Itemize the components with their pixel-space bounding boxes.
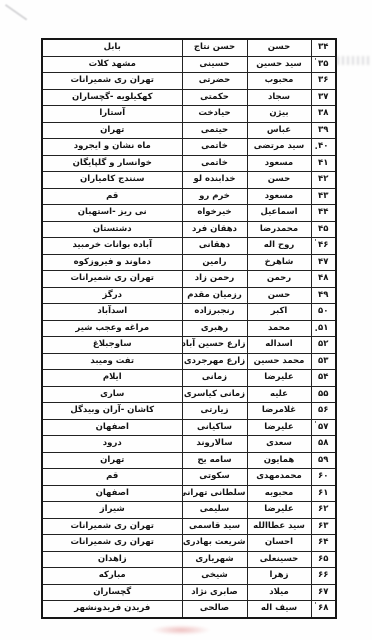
cell-text: ساری [100, 389, 124, 399]
cell-text: حسن [268, 174, 290, 184]
cell-constituency: تهران ری شمیرانات [42, 73, 182, 90]
cell-text: زارع حسین آبادی [182, 339, 246, 349]
table-row: ۵۰اکبررنجبرزادهاسدآباد [42, 304, 336, 321]
cell-text: درود [103, 438, 122, 448]
cell-text: زمانی [202, 372, 227, 382]
cell-constituency: تهران ری شمیرانات [42, 518, 182, 535]
cell-constituency: اصفهان [42, 419, 182, 436]
cell-text: رنجبرزاده [194, 306, 234, 316]
roster-table-body: ۳۴حسنحسن نتاجبابل'۳۵سید حسینحسینیمشهد کل… [42, 39, 336, 618]
cell-first-name: روح اله [247, 238, 311, 255]
cell-text: نی ریز -استهبان [78, 207, 147, 217]
cell-last-name: دهقانی [182, 238, 247, 255]
cell-text: عباس [267, 125, 291, 135]
cell-text: قم [106, 191, 118, 201]
cell-text: ۶۷ [318, 587, 328, 597]
cell-text: اصفهان [96, 488, 129, 498]
cell-last-name: شیخی [182, 568, 247, 585]
cell-text: ۵۷ [318, 422, 328, 432]
cell-text: حسینعلی [260, 554, 299, 564]
cell-text: سالاروند [196, 438, 232, 448]
cell-last-name: رزمیان مقدم [182, 287, 247, 304]
cell-text: ۳۷ [318, 92, 328, 102]
cell-text: ایلام [103, 372, 122, 382]
cell-text: همایون [264, 455, 295, 465]
cell-first-name: علیرضا [247, 370, 311, 387]
cell-first-name: حسن [247, 172, 311, 189]
table-row: ۵۳محمد حسینزارع مهرجردیتفت ومیبد [42, 353, 336, 370]
table-row: ۵۲اسدالهزارع حسین آبادیساوجبلاغ [42, 337, 336, 354]
cell-text: رحمن [267, 273, 291, 283]
cell-text: ساوجبلاغ [93, 339, 132, 349]
cell-first-name: حسن [247, 287, 311, 304]
cell-text: ۳۸ [318, 108, 328, 118]
cell-text: زیارتی [201, 405, 229, 415]
cell-number: ۶۶ [311, 568, 336, 585]
cell-text: ۴۳ [318, 191, 328, 201]
table-row: ۶۲علیرضاسلیمیشیراز [42, 502, 336, 519]
table-row: '۴۶روح الهدهقانیآباده بوانات خرمبید [42, 238, 336, 255]
cell-last-name: حسن نتاج [182, 39, 247, 56]
cell-constituency: درود [42, 436, 182, 453]
cell-text: اسدآباد [97, 306, 127, 316]
table-row: ۴۸رحمنرحمن زادتهران ری شمیرانات [42, 271, 336, 288]
cell-constituency: ساری [42, 386, 182, 403]
table-row: ۶۰محمدمهدیسکوتیقم [42, 469, 336, 486]
cell-first-name: محمد [247, 320, 311, 337]
cell-text: ۴۹ [318, 290, 328, 300]
cell-text: حسن نتاج [194, 42, 235, 52]
table-row: ۵۵علیهزمانی کیاسریساری [42, 386, 336, 403]
cell-text: ۶۵ [318, 554, 328, 564]
cell-text: ۵۲ [318, 339, 328, 349]
cell-text: مسعود [265, 191, 293, 201]
cell-text: غلامرضا [262, 405, 296, 415]
table-row: ۳۴حسنحسن نتاجبابل [42, 39, 336, 56]
cell-constituency: تهران [42, 452, 182, 469]
cell-first-name: اکبر [247, 304, 311, 321]
cell-text: درگز [103, 290, 123, 300]
cell-text: شیراز [100, 504, 125, 514]
cell-text: مشهد کلات [89, 59, 136, 69]
cell-first-name: عباس [247, 122, 311, 139]
cell-text: تفت ومیبد [90, 356, 134, 366]
cell-text: حسن [268, 42, 290, 52]
cell-text: ۶۴ [318, 537, 328, 547]
cell-number: ۶۲ [311, 502, 336, 519]
cell-text: سید عطاالله [253, 521, 305, 531]
scan-artifact-mark: . [315, 325, 318, 334]
cell-text: زارع مهرجردی [184, 356, 245, 366]
cell-first-name: سید حسین [247, 56, 311, 73]
cell-constituency: شیراز [42, 502, 182, 519]
cell-number: ۴۲ [311, 172, 336, 189]
cell-text: سلطانی تهرانی [182, 488, 246, 498]
cell-last-name: سید قاسمی [182, 518, 247, 535]
cell-text: دشتستان [93, 224, 132, 234]
cell-text: خوانسار و گلپایگان [73, 158, 152, 168]
table-row: ۵۴علیرضازمانیایلام [42, 370, 336, 387]
scan-smudge-gray [337, 56, 370, 65]
cell-constituency: آستارا [42, 106, 182, 123]
cell-text: روح اله [264, 240, 295, 250]
cell-number: ۶۱ [311, 485, 336, 502]
cell-text: آستارا [99, 108, 125, 118]
scan-page: ۳۴حسنحسن نتاجبابل'۳۵سید حسینحسینیمشهد کل… [0, 0, 372, 640]
cell-last-name: شریعت بهادری [182, 535, 247, 552]
cell-number: ۳۴ [311, 39, 336, 56]
cell-text: ۴۴ [318, 207, 328, 217]
cell-text: ۳۵ [318, 59, 328, 69]
table-row: ۵۹همایونسامه یحتهران [42, 452, 336, 469]
cell-number: '۶۸ [311, 601, 336, 618]
cell-first-name: محمدرضا [247, 221, 311, 238]
cell-constituency: اسدآباد [42, 304, 182, 321]
cell-number: ۵۳ [311, 353, 336, 370]
cell-last-name: رنجبرزاده [182, 304, 247, 321]
cell-constituency: اصفهان [42, 485, 182, 502]
cell-text: فریدن فریدونشهر [74, 603, 150, 613]
cell-last-name: شهریاری [182, 551, 247, 568]
table-row: '۳۵سید حسینحسینیمشهد کلات [42, 56, 336, 73]
table-row: .۴۰سید مرتضیخاتمیماه نشان و ایجرود [42, 139, 336, 156]
cell-constituency: تهران ری شمیرانات [42, 271, 182, 288]
table-row: '۵۷علیرضاساکیانیاصفهان [42, 419, 336, 436]
cell-last-name: دهقان فرد [182, 221, 247, 238]
cell-first-name: سید مرتضی [247, 139, 311, 156]
cell-text: سنندج کامیاران [80, 174, 144, 184]
cell-constituency: دماوند و فیروزکوه [42, 254, 182, 271]
cell-text: حسینی [199, 59, 229, 69]
cell-text: سید مرتضی [254, 141, 304, 151]
cell-text: ۶۲ [318, 504, 328, 514]
cell-text: کهکیلویه -گچساران [72, 92, 153, 102]
table-row: ۶۷میلادصابری نژادگچساران [42, 584, 336, 601]
cell-last-name: رهبری [182, 320, 247, 337]
table-row: ۴۵محمدرضادهقان فرددشتستان [42, 221, 336, 238]
table-row: ۳۹عباسحیتمیتهران [42, 122, 336, 139]
cell-last-name: خرم رو [182, 188, 247, 205]
cell-text: گچساران [93, 587, 131, 597]
table-row: ۴۴اسماعیلخیرخواهنی ریز -استهبان [42, 205, 336, 222]
cell-constituency: سنندج کامیاران [42, 172, 182, 189]
cell-number: '۵۷ [311, 419, 336, 436]
cell-constituency: دشتستان [42, 221, 182, 238]
cell-constituency: مراغه وعجب شیر [42, 320, 182, 337]
cell-text: ۶۳ [318, 521, 328, 531]
cell-number: ۵۶ [311, 403, 336, 420]
cell-text: دهقان فرد [192, 224, 237, 234]
cell-number: ۴۷ [311, 254, 336, 271]
cell-number: ۴۴ [311, 205, 336, 222]
cell-last-name: سلطانی تهرانی [182, 485, 247, 502]
cell-last-name: خدابنده لو [182, 172, 247, 189]
cell-number: ۵۵ [311, 386, 336, 403]
cell-text: سلیمی [200, 504, 230, 514]
cell-constituency: ساوجبلاغ [42, 337, 182, 354]
cell-text: ۶۶ [318, 570, 328, 580]
cell-text: ۵۰ [318, 306, 328, 316]
scan-artifact-mark: ' [315, 239, 317, 246]
cell-text: ۵۵ [318, 389, 328, 399]
cell-last-name: سالاروند [182, 436, 247, 453]
cell-last-name: خیرخواه [182, 205, 247, 222]
cell-first-name: علیرضا [247, 502, 311, 519]
cell-last-name: حسینی [182, 56, 247, 73]
cell-text: کاشان -آران وبیدگل [70, 405, 154, 415]
cell-text: تهران ری شمیرانات [70, 273, 154, 283]
cell-text: شاهرخ [265, 257, 294, 267]
cell-text: ۵۶ [318, 405, 328, 415]
cell-first-name: حسینعلی [247, 551, 311, 568]
cell-text: ۴۶ [318, 240, 328, 250]
table-row: ۶۵حسینعلیشهریاریزاهدان [42, 551, 336, 568]
cell-text: محمد حسین [254, 356, 305, 366]
cell-last-name: زمانی [182, 370, 247, 387]
table-row: ۶۳سید عطااللهسید قاسمیتهران ری شمیرانات [42, 518, 336, 535]
cell-first-name: حسن [247, 39, 311, 56]
cell-text: محبوب [265, 75, 294, 85]
cell-constituency: نی ریز -استهبان [42, 205, 182, 222]
cell-text: سعدی [266, 438, 292, 448]
cell-text: محمدمهدی [256, 471, 302, 481]
cell-last-name: سکوتی [182, 469, 247, 486]
cell-text: مراغه وعجب شیر [75, 323, 149, 333]
cell-last-name: حضرتی [182, 73, 247, 90]
cell-first-name: بیژن [247, 106, 311, 123]
cell-constituency: مبارکه [42, 568, 182, 585]
cell-constituency: ایلام [42, 370, 182, 387]
cell-text: قم [106, 471, 118, 481]
cell-constituency: بابل [42, 39, 182, 56]
cell-text: بابل [104, 42, 121, 52]
cell-text: رزمیان مقدم [187, 290, 241, 300]
cell-constituency: خوانسار و گلپایگان [42, 155, 182, 172]
cell-first-name: علیه [247, 386, 311, 403]
cell-number: ۴۸ [311, 271, 336, 288]
cell-constituency: گچساران [42, 584, 182, 601]
cell-text: ۴۵ [318, 224, 328, 234]
cell-text: ۵۳ [318, 356, 328, 366]
cell-number: ۴۳ [311, 188, 336, 205]
cell-text: اسماعیل [260, 207, 297, 217]
cell-number: ۳۸ [311, 106, 336, 123]
cell-first-name: اسماعیل [247, 205, 311, 222]
cell-text: ماه نشان و ایجرود [74, 141, 151, 151]
cell-number: ۴۹ [311, 287, 336, 304]
cell-text: صالحی [200, 603, 229, 613]
cell-constituency: زاهدان [42, 551, 182, 568]
cell-constituency: کاشان -آران وبیدگل [42, 403, 182, 420]
cell-text: حضرتی [199, 75, 231, 85]
cell-text: حسن [268, 290, 290, 300]
cell-constituency: تفت ومیبد [42, 353, 182, 370]
cell-number: ۴۱ [311, 155, 336, 172]
cell-text: صابری نژاد [191, 587, 237, 597]
cell-first-name: مسعود [247, 155, 311, 172]
cell-last-name: زارع حسین آبادی [182, 337, 247, 354]
cell-constituency: تهران ری شمیرانات [42, 535, 182, 552]
cell-first-name: میلاد [247, 584, 311, 601]
cell-last-name: زیارتی [182, 403, 247, 420]
cell-text: ۶۸ [318, 603, 328, 613]
cell-text: حیتمی [201, 125, 228, 135]
cell-text: ۴۰ [318, 141, 328, 151]
table-row: ۴۲حسنخدابنده لوسنندج کامیاران [42, 172, 336, 189]
cell-first-name: محمد حسین [247, 353, 311, 370]
cell-text: ساکیانی [197, 422, 232, 432]
cell-text: زمانی کیاسری [184, 389, 245, 399]
cell-text: شیخی [201, 570, 228, 580]
cell-text: تهران ری شمیرانات [70, 75, 154, 85]
cell-number: ۶۳ [311, 518, 336, 535]
scan-artifact-mark: ' [315, 421, 317, 428]
cell-number: .۴۰ [311, 139, 336, 156]
table-row: ۳۸بیژنحیادختآستارا [42, 106, 336, 123]
cell-text: تهران ری شمیرانات [70, 537, 154, 547]
cell-first-name: سعدی [247, 436, 311, 453]
cell-number: ۵۴ [311, 370, 336, 387]
cell-text: محمد [268, 323, 290, 333]
cell-text: ۵۱ [318, 323, 328, 333]
table-row: '۶۸سیف الهصالحیفریدن فریدونشهر [42, 601, 336, 618]
scan-artifact-mark: . [315, 143, 318, 152]
cell-text: ۶۱ [318, 488, 328, 498]
cell-text: تهران ری شمیرانات [70, 521, 154, 531]
cell-last-name: زمانی کیاسری [182, 386, 247, 403]
cell-number: ۵۲ [311, 337, 336, 354]
cell-number: ۵۸ [311, 436, 336, 453]
cell-text: ۳۹ [318, 125, 328, 135]
cell-text: شریعت بهادری [183, 537, 246, 547]
cell-first-name: مسعود [247, 188, 311, 205]
cell-first-name: اسداله [247, 337, 311, 354]
cell-text: زهرا [270, 570, 289, 580]
cell-last-name: حکمتی [182, 89, 247, 106]
cell-text: احسان [265, 537, 293, 547]
cell-number: ۵۰ [311, 304, 336, 321]
cell-text: سید حسین [256, 59, 302, 69]
cell-constituency: قم [42, 188, 182, 205]
scan-artifact-mark: ' [315, 602, 317, 609]
table-row: ۴۳مسعودخرم روقم [42, 188, 336, 205]
cell-number: ۶۰ [311, 469, 336, 486]
cell-number: '۳۵ [311, 56, 336, 73]
cell-text: مسعود [265, 158, 293, 168]
cell-number: ۳۶ [311, 73, 336, 90]
cell-constituency: آباده بوانات خرمبید [42, 238, 182, 255]
cell-first-name: احسان [247, 535, 311, 552]
cell-text: ۳۴ [318, 42, 328, 52]
cell-text: اکبر [271, 306, 288, 316]
cell-text: رامین [202, 257, 226, 267]
cell-text: ۶۰ [318, 471, 328, 481]
cell-constituency: مشهد کلات [42, 56, 182, 73]
cell-text: تهران [100, 455, 124, 465]
cell-text: مبارکه [99, 570, 126, 580]
cell-number: ۴۵ [311, 221, 336, 238]
cell-last-name: ساکیانی [182, 419, 247, 436]
cell-first-name: همایون [247, 452, 311, 469]
candidate-roster-table: ۳۴حسنحسن نتاجبابل'۳۵سید حسینحسینیمشهد کل… [41, 38, 337, 619]
table-row: ۴۷شاهرخرامیندماوند و فیروزکوه [42, 254, 336, 271]
cell-last-name: سامه یح [182, 452, 247, 469]
cell-number: ۳۹ [311, 122, 336, 139]
cell-text: حکمتی [200, 92, 229, 102]
cell-text: ۴۸ [318, 273, 328, 283]
cell-text: ۴۱ [318, 158, 328, 168]
cell-number: ۶۴ [311, 535, 336, 552]
cell-text: خیرخواه [197, 207, 231, 217]
cell-number: ۶۷ [311, 584, 336, 601]
table-row: .۵۱محمدرهبریمراغه وعجب شیر [42, 320, 336, 337]
table-row: ۳۷سجادحکمتیکهکیلویه -گچساران [42, 89, 336, 106]
cell-last-name: سلیمی [182, 502, 247, 519]
cell-first-name: محمدمهدی [247, 469, 311, 486]
cell-last-name: خاتمی [182, 155, 247, 172]
cell-text: بیژن [269, 108, 288, 118]
cell-text: اصفهان [96, 422, 129, 432]
cell-text: رحمن زاد [195, 273, 235, 283]
cell-first-name: سیف اله [247, 601, 311, 618]
cell-first-name: محبوبه [247, 485, 311, 502]
cell-text: ۵۹ [318, 455, 328, 465]
cell-text: شهریاری [195, 554, 233, 564]
cell-last-name: رامین [182, 254, 247, 271]
cell-text: علیرضا [264, 372, 293, 382]
cell-text: ۴۲ [318, 174, 328, 184]
cell-first-name: محبوب [247, 73, 311, 90]
scan-artifact-mark: ' [315, 58, 317, 65]
cell-text: دماوند و فیروزکوه [74, 257, 151, 267]
cell-last-name: صالحی [182, 601, 247, 618]
cell-constituency: تهران [42, 122, 182, 139]
cell-text: آباده بوانات خرمبید [73, 240, 152, 250]
cell-last-name: صابری نژاد [182, 584, 247, 601]
cell-text: علیه [270, 389, 288, 399]
cell-last-name: رحمن زاد [182, 271, 247, 288]
table-row: ۵۶غلامرضازیارتیکاشان -آران وبیدگل [42, 403, 336, 420]
cell-first-name: سجاد [247, 89, 311, 106]
cell-text: خرم رو [199, 191, 230, 201]
cell-constituency: قم [42, 469, 182, 486]
cell-text: ۳۶ [318, 75, 328, 85]
table-row: ۶۴احسانشریعت بهادریتهران ری شمیرانات [42, 535, 336, 552]
cell-first-name: رحمن [247, 271, 311, 288]
cell-text: رهبری [201, 323, 228, 333]
cell-text: سیف اله [261, 603, 297, 613]
cell-first-name: غلامرضا [247, 403, 311, 420]
cell-last-name: خاتمی [182, 139, 247, 156]
cell-text: حیادخت [198, 108, 230, 118]
table-row: ۶۱محبوبهسلطانی تهرانیاصفهان [42, 485, 336, 502]
scan-corner-artifact [5, 4, 27, 21]
cell-text: اسداله [265, 339, 292, 349]
cell-first-name: زهرا [247, 568, 311, 585]
cell-text: محبوبه [265, 488, 294, 498]
cell-text: سامه یح [197, 455, 231, 465]
cell-text: سید قاسمی [189, 521, 240, 531]
cell-last-name: حیتمی [182, 122, 247, 139]
scan-smudge-pink [152, 625, 210, 635]
cell-first-name: شاهرخ [247, 254, 311, 271]
cell-number: ۶۵ [311, 551, 336, 568]
cell-first-name: سید عطاالله [247, 518, 311, 535]
cell-number: ۳۷ [311, 89, 336, 106]
table-row: ۶۶زهراشیخیمبارکه [42, 568, 336, 585]
cell-number: .۵۱ [311, 320, 336, 337]
cell-text: میلاد [269, 587, 289, 597]
